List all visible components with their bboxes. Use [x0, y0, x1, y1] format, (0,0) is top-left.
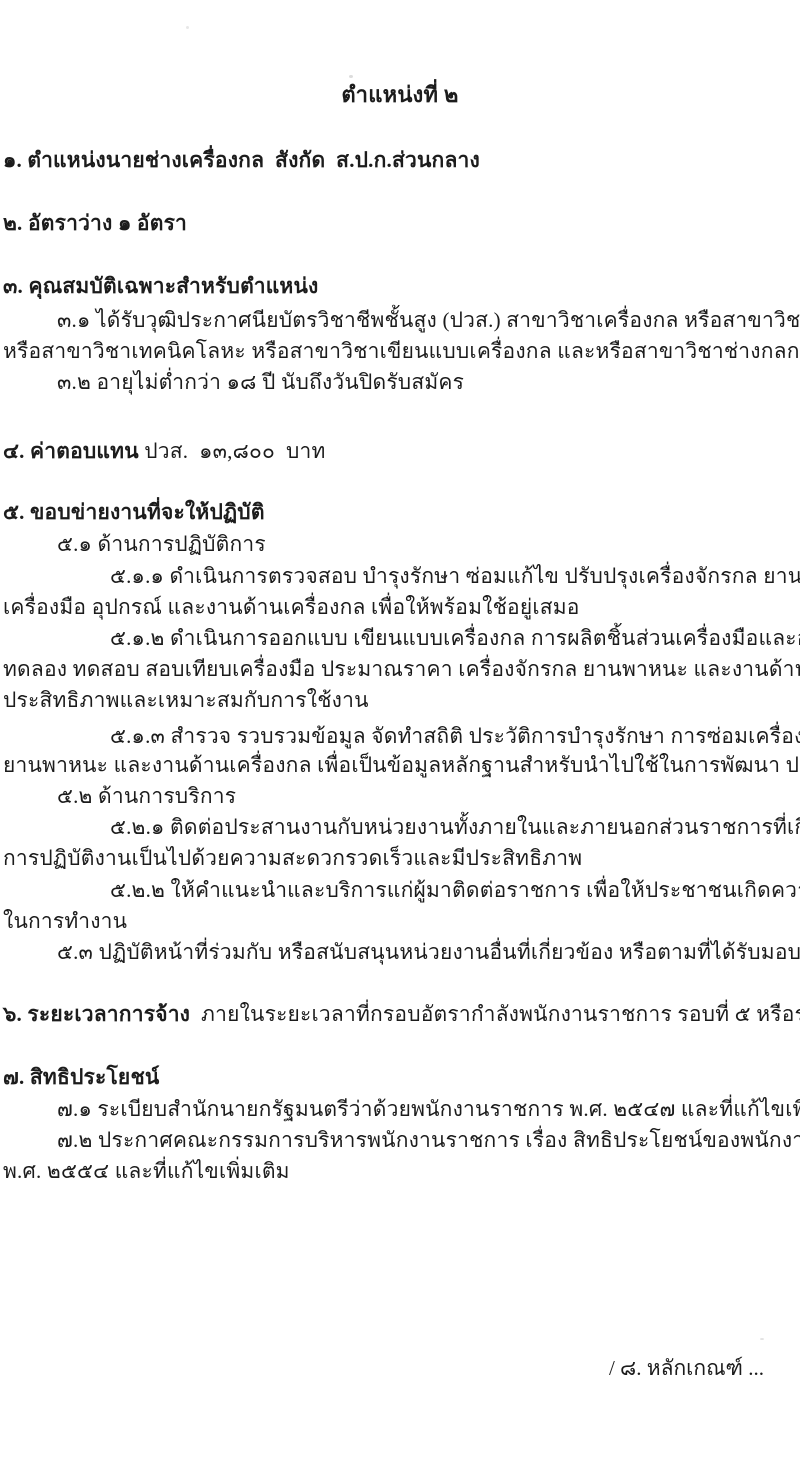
- item-5-1-1-line1: ๕.๑.๑ ดำเนินการตรวจสอบ บำรุงรักษา ซ่อมแก…: [110, 561, 800, 591]
- item-5-1-2-line1: ๕.๑.๒ ดำเนินการออกแบบ เขียนแบบเครื่องกล …: [110, 623, 800, 653]
- item-5-3: ๕.๓ ปฏิบัติหน้าที่ร่วมกับ หรือสนับสนุนหน…: [57, 937, 800, 967]
- scan-speck: [349, 75, 353, 78]
- item-7-2-line2: พ.ศ. ๒๕๕๔ และที่แก้ไขเพิ่มเติม: [3, 1156, 290, 1186]
- item-5-2-1-line2: การปฏิบัติงานเป็นไปด้วยความสะดวกรวดเร็วแ…: [3, 843, 582, 873]
- section-6-label: ๖. ระยะเวลาการจ้าง: [3, 1002, 190, 1026]
- section-3-qualifications-heading: ๓. คุณสมบัติเฉพาะสำหรับตำแหน่ง: [3, 271, 319, 301]
- item-5-2: ๕.๒ ด้านการบริการ: [57, 781, 236, 811]
- section-5-scope-heading: ๕. ขอบข่ายงานที่จะให้ปฏิบัติ: [3, 497, 265, 527]
- item-3-2: ๓.๒ อายุไม่ต่ำกว่า ๑๘ ปี นับถึงวันปิดรับ…: [57, 367, 464, 397]
- section-2-vacancy-heading: ๒. อัตราว่าง ๑ อัตรา: [3, 208, 187, 238]
- scan-speck: [760, 1338, 764, 1340]
- section-6-value: ภายในระยะเวลาที่กรอบอัตรากำลังพนักงานราช…: [190, 1002, 800, 1026]
- next-page-marker: / ๘. หลักเกณฑ์ ...: [609, 1352, 764, 1385]
- section-1-position-heading: ๑. ตำแหน่งนายช่างเครื่องกล สังกัด ส.ป.ก.…: [3, 145, 480, 175]
- page-title: ตำแหน่งที่ ๒: [0, 80, 800, 110]
- scan-speck: [186, 26, 189, 29]
- item-3-1-line1: ๓.๑ ได้รับวุฒิประกาศนียบัตรวิชาชีพชั้นสู…: [57, 305, 800, 335]
- item-7-2-line1: ๗.๒ ประกาศคณะกรรมการบริหารพนักงานราชการ …: [57, 1125, 800, 1155]
- item-5-2-2-line1: ๕.๒.๒ ให้คำแนะนำและบริการแก่ผู้มาติดต่อร…: [110, 875, 800, 905]
- section-6-employment-period: ๖. ระยะเวลาการจ้าง ภายในระยะเวลาที่กรอบอ…: [3, 999, 800, 1029]
- item-5-1: ๕.๑ ด้านการปฏิบัติการ: [57, 529, 266, 559]
- item-5-2-2-line2: ในการทำงาน: [3, 906, 127, 936]
- item-5-1-1-line2: เครื่องมือ อุปกรณ์ และงานด้านเครื่องกล เ…: [3, 592, 580, 622]
- item-5-1-2-line3: ประสิทธิภาพและเหมาะสมกับการใช้งาน: [3, 685, 369, 715]
- section-7-benefits-heading: ๗. สิทธิประโยชน์: [3, 1062, 159, 1092]
- item-5-1-3-line1: ๕.๑.๓ สำรวจ รวบรวมข้อมูล จัดทำสถิติ ประว…: [110, 721, 800, 751]
- document-page: ตำแหน่งที่ ๒ ๑. ตำแหน่งนายช่างเครื่องกล …: [0, 0, 800, 1479]
- section-4-label: ๔. ค่าตอบแทน: [3, 439, 139, 463]
- item-7-1: ๗.๑ ระเบียบสำนักนายกรัฐมนตรีว่าด้วยพนักง…: [57, 1094, 800, 1124]
- item-5-2-1-line1: ๕.๒.๑ ติดต่อประสานงานกับหน่วยงานทั้งภายใ…: [110, 812, 800, 842]
- section-4-value: ปวส. ๑๓,๘๐๐ บาท: [139, 439, 326, 463]
- item-3-1-line2: หรือสาขาวิชาเทคนิคโลหะ หรือสาขาวิชาเขียน…: [3, 336, 800, 366]
- section-4-compensation: ๔. ค่าตอบแทน ปวส. ๑๓,๘๐๐ บาท: [3, 436, 326, 466]
- item-5-1-2-line2: ทดลอง ทดสอบ สอบเทียบเครื่องมือ ประมาณราค…: [3, 654, 800, 684]
- item-5-1-3-line2: ยานพาหนะ และงานด้านเครื่องกล เพื่อเป็นข้…: [3, 750, 800, 780]
